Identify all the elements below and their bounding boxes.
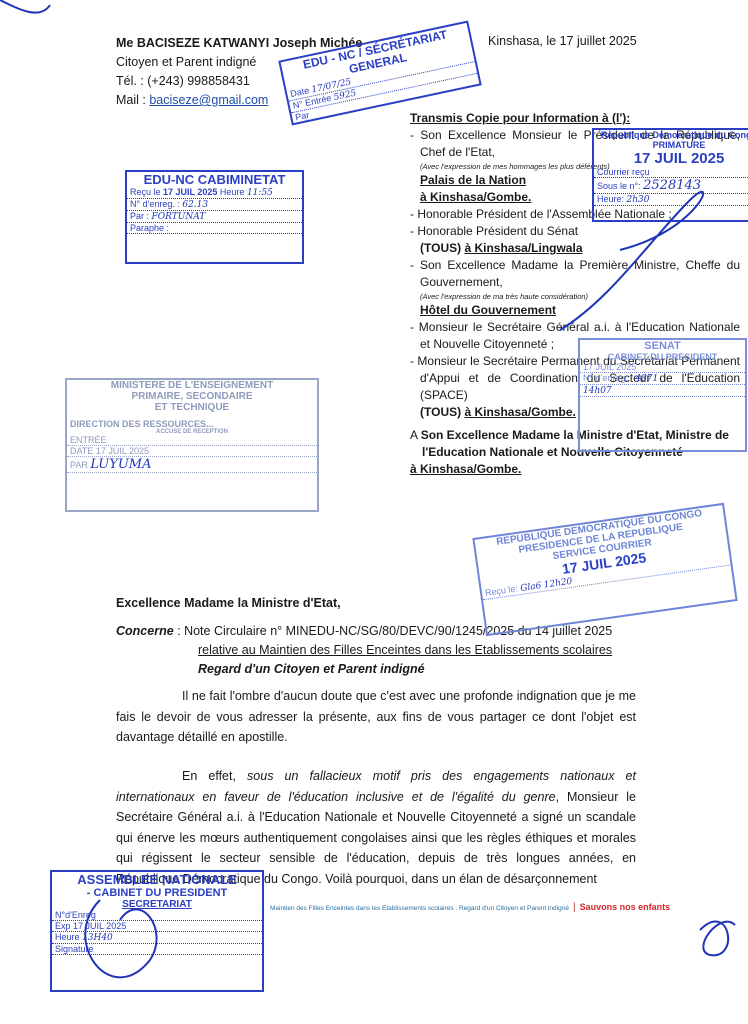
signature-strokes — [0, 0, 748, 1024]
